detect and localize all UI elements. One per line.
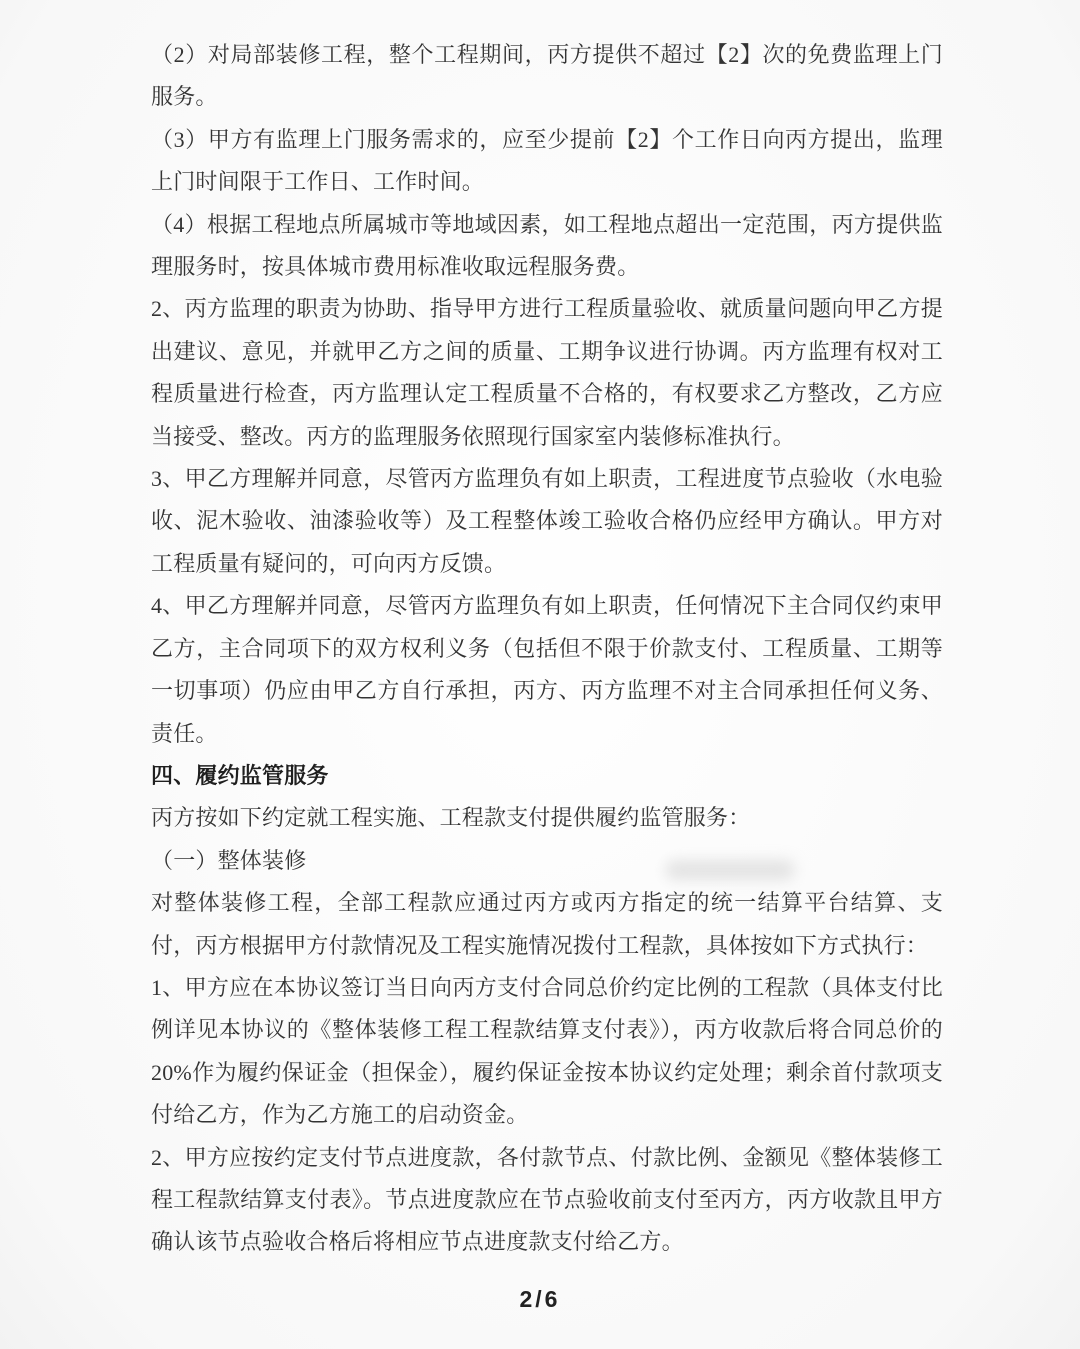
contract-document-page: （2）对局部装修工程，整个工程期间，丙方提供不超过【2】次的免费监理上门服务。 … [0,0,1080,1349]
page-number: 2/6 [520,1286,561,1312]
paragraph-supervision-services-intro: 丙方按如下约定就工程实施、工程款支付提供履约监管服务： [151,797,943,839]
paragraph-supervision-request-notice: （3）甲方有监理上门服务需求的，应至少提前【2】个工作日向丙方提出，监理上门时间… [151,119,943,204]
paragraph-local-renovation-visits: （2）对局部装修工程，整个工程期间，丙方提供不超过【2】次的免费监理上门服务。 [151,34,943,119]
section-heading-performance-supervision: 四、履约监管服务 [151,755,943,797]
paragraph-remote-service-fee: （4）根据工程地点所属城市等地域因素，如工程地点超出一定范围，丙方提供监理服务时… [151,204,943,289]
subsection-heading-whole-renovation: （一）整体装修 [151,840,943,882]
paragraph-settlement-platform: 对整体装修工程，全部工程款应通过丙方或丙方指定的统一结算平台结算、支付，丙方根据… [151,882,943,967]
paragraph-milestone-payments: 2、甲方应按约定支付节点进度款，各付款节点、付款比例、金额见《整体装修工程工程款… [151,1137,943,1264]
paragraph-supervisor-duties: 2、丙方监理的职责为协助、指导甲方进行工程质量验收、就质量问题向甲乙方提出建议、… [151,288,943,458]
document-body: （2）对局部装修工程，整个工程期间，丙方提供不超过【2】次的免费监理上门服务。 … [151,34,943,1264]
paragraph-acceptance-confirmation: 3、甲乙方理解并同意，尽管丙方监理负有如上职责，工程进度节点验收（水电验收、泥木… [151,458,943,585]
photo-smudge-artifact [665,860,795,880]
paragraph-main-contract-liability: 4、甲乙方理解并同意，尽管丙方监理负有如上职责，任何情况下主合同仅约束甲乙方，主… [151,585,943,755]
page-footer: 2/6 [0,1286,1080,1313]
paragraph-first-payment-deposit: 1、甲方应在本协议签订当日向丙方支付合同总价约定比例的工程款（具体支付比例详见本… [151,967,943,1137]
